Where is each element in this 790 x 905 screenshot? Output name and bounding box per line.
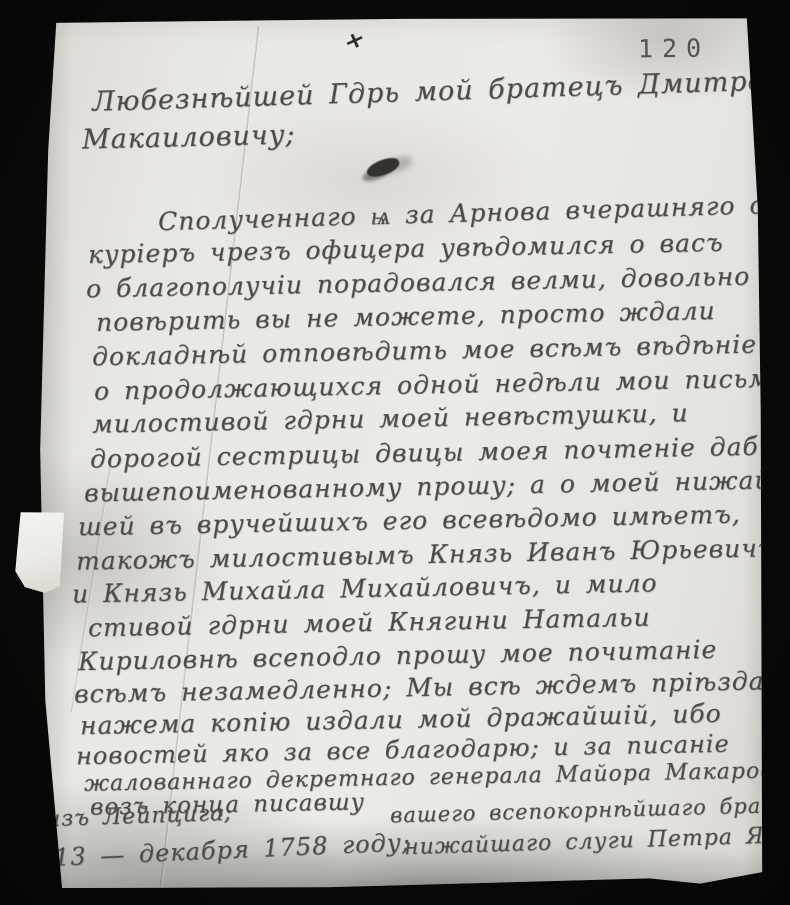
- signature-line: вашего всепокорнѣйшаго брата и покорнаго: [390, 789, 790, 828]
- handwritten-line: и Князь Михайла Михайловичъ, и мило: [72, 568, 658, 608]
- handwritten-line: такожъ милостивымъ Князь Иванъ Юрьевичъ: [76, 533, 776, 575]
- handwritten-line: Любезнѣйшей Гдрь мой братецъ Дмитрей: [92, 65, 784, 118]
- handwritten-line: стивой гдрни моей Княгини Натальи: [88, 603, 651, 643]
- fold-crease: [38, 8, 198, 22]
- page-number-stamp: 120: [638, 34, 710, 64]
- cross-mark: +: [340, 25, 370, 57]
- handwritten-line: милостивой гдрни моей невѣстушки, и: [92, 398, 689, 438]
- manuscript-page: 120 + Любезнѣйшей Гдрь мой братецъ Дмитр…: [38, 14, 768, 896]
- handwritten-line: повѣрить вы не можете, просто ждали: [96, 296, 716, 337]
- dateline-place: изъ Лейпцига;: [46, 801, 233, 833]
- signature-line: нижайшаго слуги Петра Яковлева: [404, 821, 790, 860]
- dateline-date: 13 — декабря 1758 году;: [54, 828, 412, 872]
- handwritten-line: Макаиловичу;: [82, 119, 296, 155]
- photo-background: 120 + Любезнѣйшей Гдрь мой братецъ Дмитр…: [0, 0, 790, 905]
- ink-blot: [365, 155, 402, 180]
